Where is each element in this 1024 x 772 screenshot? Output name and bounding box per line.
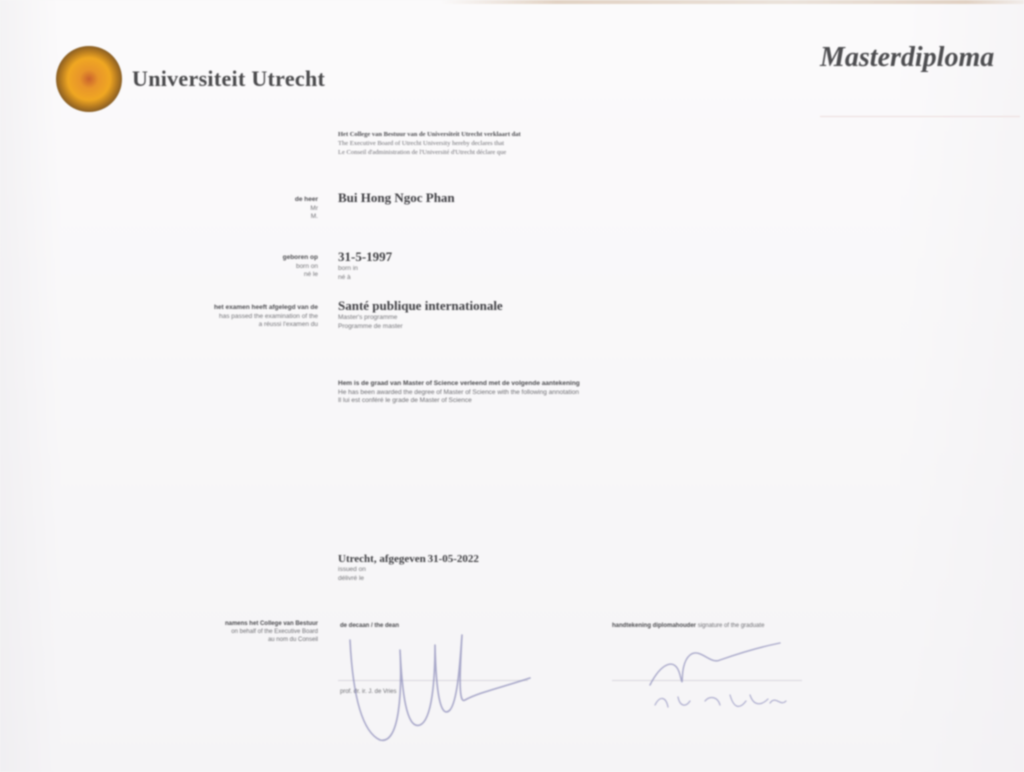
intro-line: Le Conseil d'administration de l'Univers… [338, 148, 668, 157]
field-value-programme: Santé publique internationale Master's p… [338, 298, 503, 331]
signature-left-icon [340, 630, 540, 750]
field-label-born: geboren op born on né le [283, 254, 318, 280]
signature-right-icon [630, 635, 810, 725]
graduate-name: Bui Hong Ngoc Phan [338, 190, 455, 206]
document-title: Masterdiploma [820, 42, 994, 74]
field-value-born: 31-5-1997 born in né à [338, 249, 392, 282]
institution-name: Universiteit Utrecht [132, 66, 325, 92]
intro-lead: Het College van Bestuur van de Universit… [338, 130, 668, 139]
signature-right-caption: handtekening diplomahouder signature of … [612, 622, 764, 630]
diploma-page: Universiteit Utrecht Masterdiploma Het C… [0, 0, 1024, 772]
intro-line: The Executive Board of Utrecht Universit… [338, 139, 668, 148]
place-date: Utrecht, afgegeven 31-05-2022 issued on … [338, 555, 479, 583]
signature-left-role: de decaan / the dean [340, 622, 399, 630]
signature-left-caption: namens het College van Bestuur on behalf… [225, 620, 318, 644]
field-label-name: de heer Mr M. [295, 196, 318, 222]
birth-date: 31-5-1997 [338, 249, 392, 265]
title-divider [820, 116, 1020, 117]
field-value-name: Bui Hong Ngoc Phan [338, 190, 455, 206]
paper-top-edge [440, 0, 1024, 4]
programme-name: Santé publique internationale [338, 298, 503, 314]
issue-date: 31-05-2022 [428, 553, 479, 565]
university-seal-icon [56, 46, 122, 112]
field-label-programme: het examen heeft afgelegd van de has pas… [214, 304, 318, 330]
degree-declaration: Hem is de graad van Master of Science ve… [338, 380, 668, 406]
intro-text: Het College van Bestuur van de Universit… [338, 130, 668, 157]
